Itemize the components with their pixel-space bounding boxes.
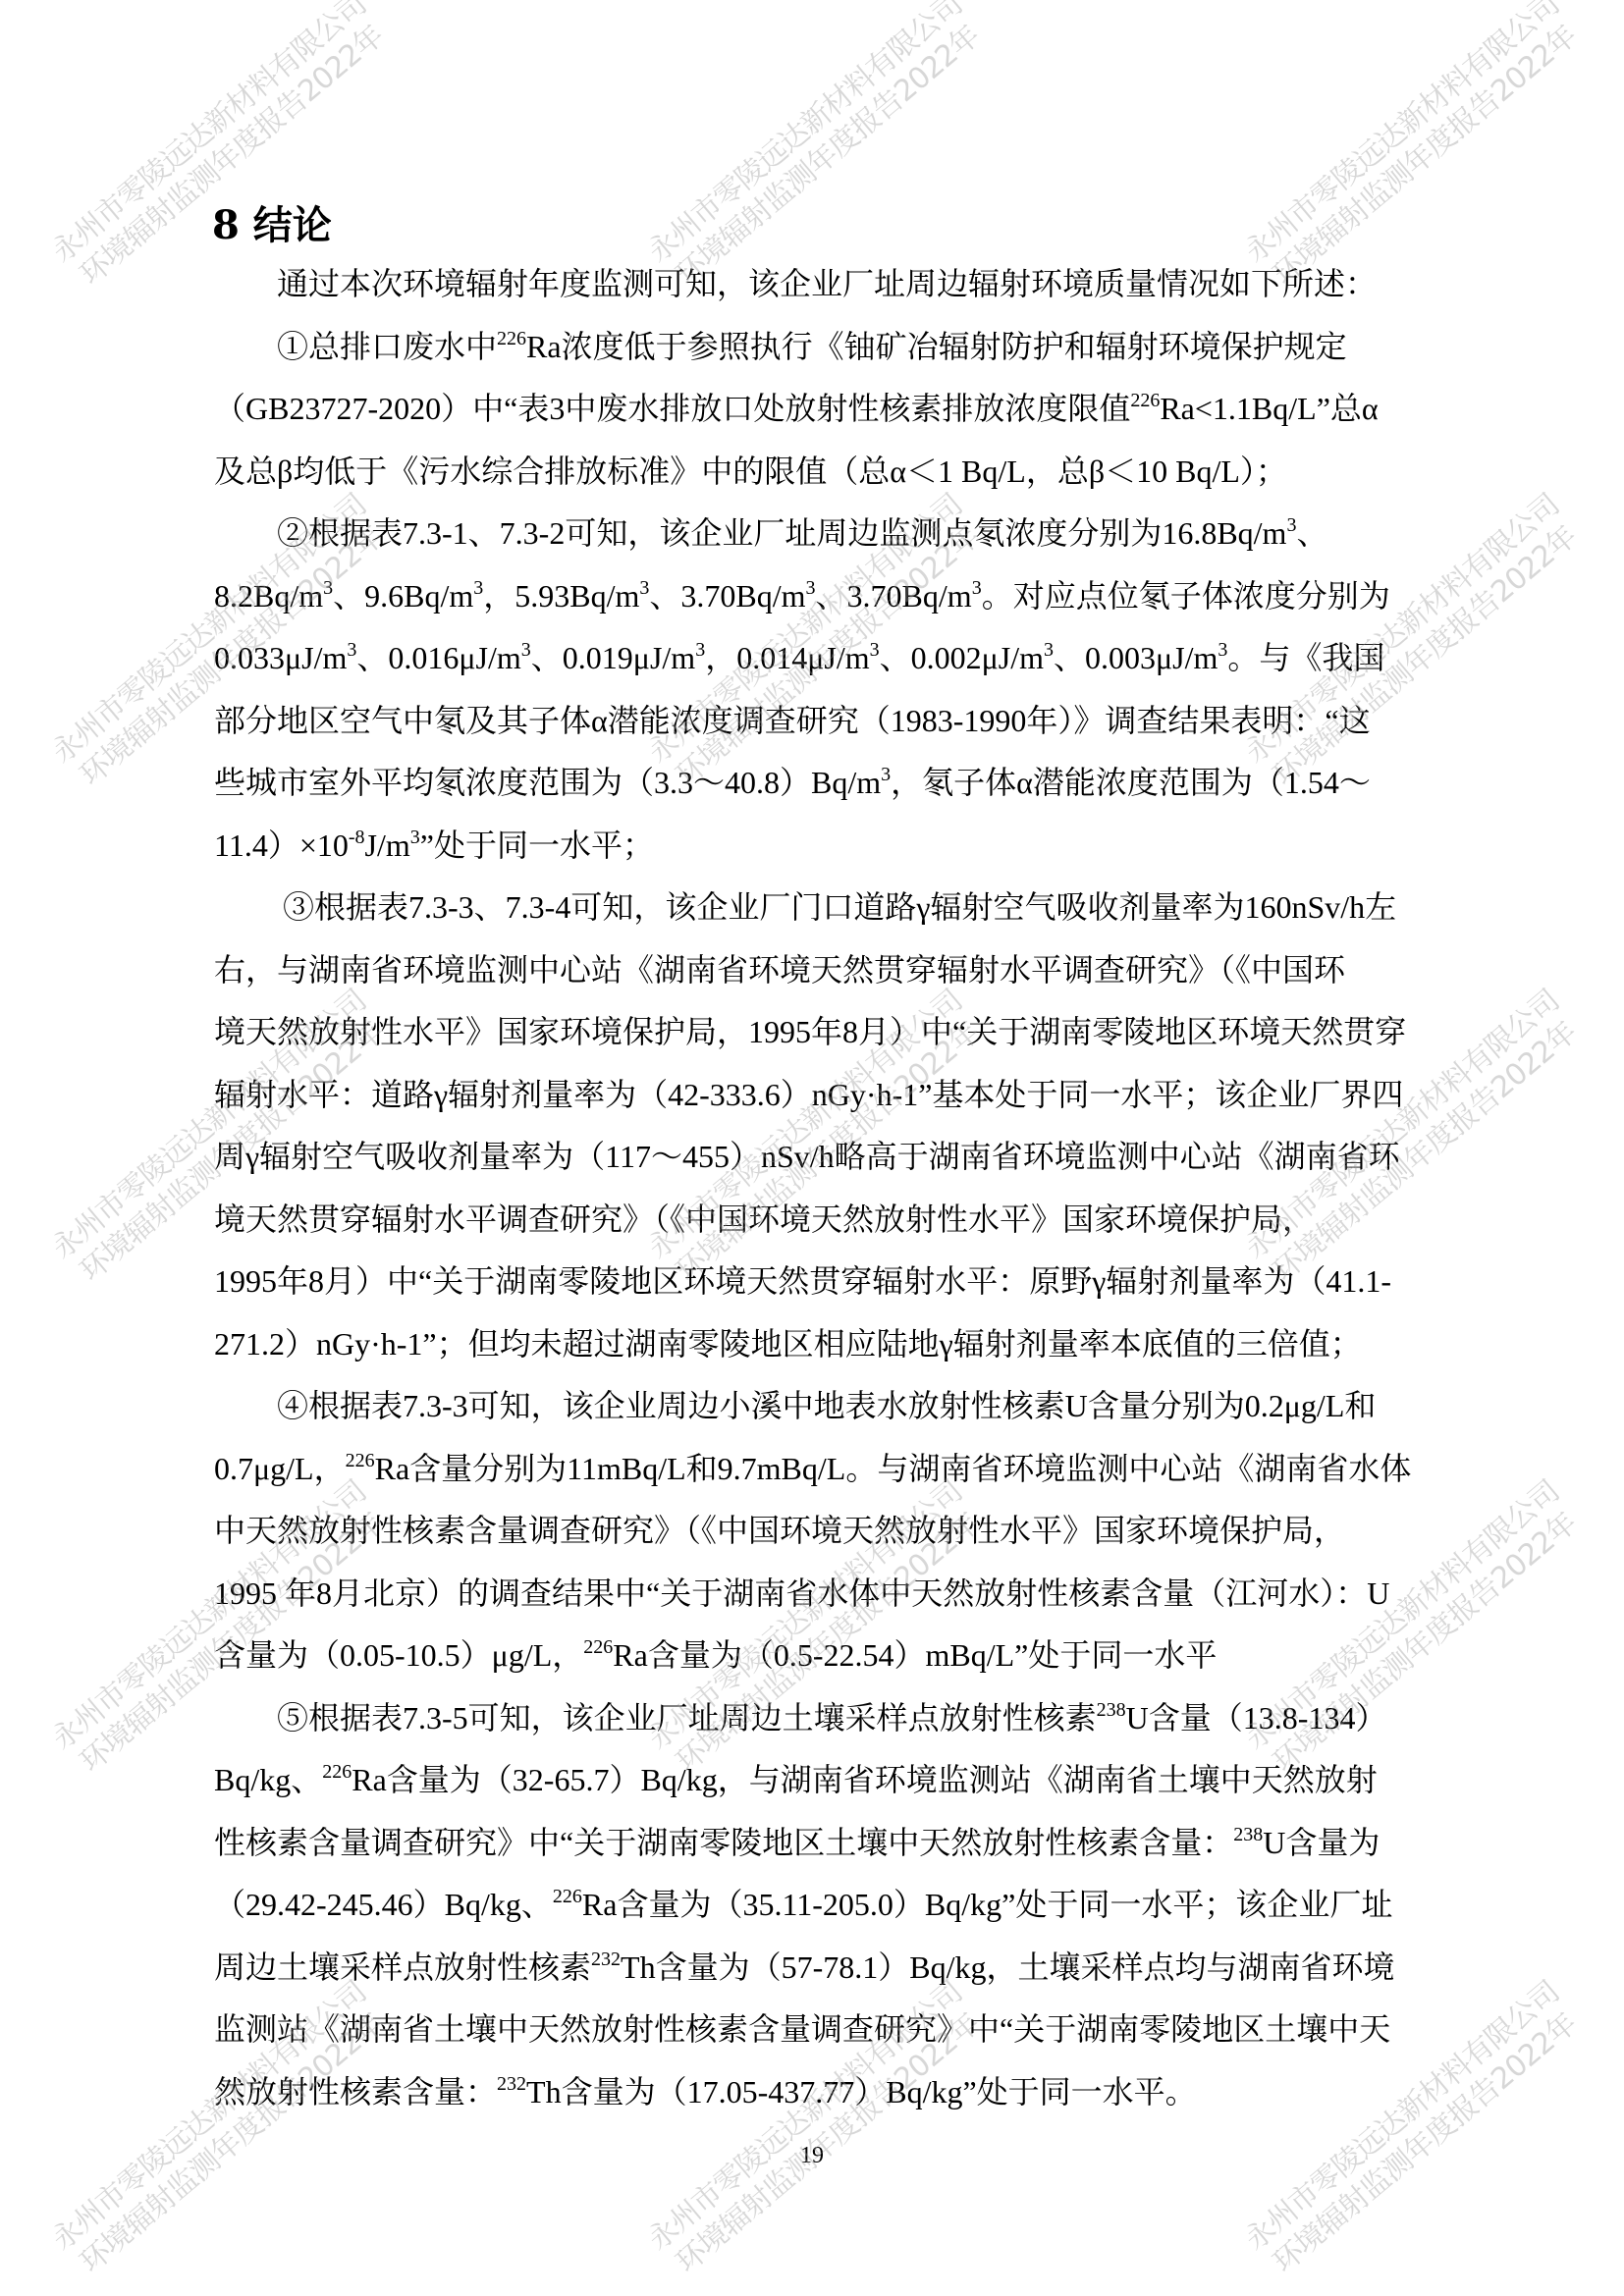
text-line: 中天然放射性核素含量调查研究》（《中国环境天然放射性水平》国家环境保护局， (214, 1500, 1461, 1563)
text-line: 性核素含量调查研究》中“关于湖南零陵地区土壤中天然放射性核素含量：238U含量为 (214, 1812, 1461, 1875)
text-line: 部分地区空气中氡及其子体α潜能浓度调查研究（1983-1990年）》调查结果表明… (214, 690, 1461, 753)
superscript: 3 (881, 764, 891, 785)
superscript: 3 (1044, 639, 1054, 661)
text-line: ③根据表7.3-3、7.3-4可知，该企业厂门口道路γ辐射空气吸收剂量率为160… (214, 877, 1461, 939)
text-segment: 0.7μg/L， (214, 1451, 346, 1486)
superscript: 226 (1130, 390, 1160, 411)
text-line: 然放射性核素含量：232Th含量为（17.05-437.77）Bq/kg”处于同… (214, 2061, 1461, 2124)
text-segment: ，氡子体α潜能浓度范围为（1.54～ (891, 765, 1371, 800)
watermark-line-1: 永州市零陵远达新材料有限公司 (32, 0, 386, 281)
text-line: ①总排口废水中226Ra浓度低于参照执行《铀矿冶辐射防护和辐射环境保护规定 (214, 316, 1461, 379)
text-segment: （GB23727-2020）中“表3中废水排放口处放射性核素排放浓度限值 (214, 391, 1130, 426)
text-segment: 些城市室外平均氡浓度范围为（3.3～40.8）Bq/m (214, 765, 881, 800)
superscript: 3 (695, 639, 705, 661)
text-segment: 周边土壤采样点放射性核素 (214, 1949, 591, 1985)
text-segment: 。与《我国 (1227, 640, 1384, 675)
superscript: 3 (521, 639, 531, 661)
text-segment: 1995 年8月北京）的调查结果中“关于湖南省水体中天然放射性核素含量（江河水）… (214, 1575, 1389, 1611)
text-line: 含量为（0.05-10.5）μg/L，226Ra含量为（0.5-22.54）mB… (214, 1625, 1461, 1687)
text-line: 境天然贯穿辐射水平调查研究》（《中国环境天然放射性水平》国家环境保护局， (214, 1189, 1461, 1252)
text-segment: 境天然贯穿辐射水平调查研究》（《中国环境天然放射性水平》国家环境保护局， (214, 1201, 1314, 1237)
text-line: 周γ辐射空气吸收剂量率为（117～455）nSv/h略高于湖南省环境监测中心站《… (214, 1126, 1461, 1189)
text-line: 监测站《湖南省土壤中天然放射性核素含量调查研究》中“关于湖南零陵地区土壤中天 (214, 1999, 1461, 2061)
text-line: 及总β均低于《污水综合排放标准》中的限值（总α＜1 Bq/L，总β＜10 Bq/… (214, 441, 1461, 504)
text-segment: ”处于同一水平； (420, 828, 654, 863)
text-segment: 0.033μJ/m (214, 640, 347, 675)
superscript: 3 (1218, 639, 1227, 661)
section-heading: 8 结论 (212, 201, 332, 250)
text-segment: Ra含量为（0.5-22.54）mBq/L”处于同一水平 (613, 1637, 1217, 1673)
text-segment: Bq/kg、 (214, 1762, 322, 1797)
text-segment: ③根据表7.3-3、7.3-4可知，该企业厂门口道路γ辐射空气吸收剂量率为160… (283, 889, 1396, 925)
text-line: 右，与湖南省环境监测中心站《湖南省环境天然贯穿辐射水平调查研究》（《中国环 (214, 939, 1461, 1002)
superscript: 3 (323, 577, 333, 599)
text-line: 些城市室外平均氡浓度范围为（3.3～40.8）Bq/m3，氡子体α潜能浓度范围为… (214, 752, 1461, 815)
text-line: ⑤根据表7.3-5可知，该企业厂址周边土壤采样点放射性核素238U含量（13.8… (214, 1687, 1461, 1750)
superscript: 3 (347, 639, 356, 661)
text-segment: 、3.70Bq/m (816, 578, 972, 614)
superscript: 226 (553, 1886, 582, 1907)
text-segment: U含量为 (1263, 1825, 1380, 1860)
text-segment: 右，与湖南省环境监测中心站《湖南省环境天然贯穿辐射水平调查研究》（《中国环 (214, 952, 1345, 988)
superscript: 238 (1233, 1824, 1263, 1845)
text-segment: Ra含量为（32-65.7）Bq/kg，与湖南省环境监测站《湖南省土壤中天然放射 (352, 1762, 1377, 1797)
text-segment: Ra含量为（35.11-205.0）Bq/kg”处于同一水平；该企业厂址 (582, 1887, 1392, 1922)
superscript: 3 (639, 577, 649, 599)
superscript: 226 (322, 1761, 352, 1783)
text-segment: 性核素含量调查研究》中“关于湖南零陵地区土壤中天然放射性核素含量： (214, 1825, 1233, 1860)
text-segment: 、3.70Bq/m (649, 578, 805, 614)
watermark-line-1: 永州市零陵远达新材料有限公司 (1225, 0, 1579, 281)
text-segment: ④根据表7.3-3可知，该企业周边小溪中地表水放射性核素U含量分别为0.2μg/… (277, 1388, 1376, 1423)
superscript: 3 (806, 577, 816, 599)
text-segment: 、0.002μJ/m (880, 640, 1044, 675)
text-segment: 、 (1296, 515, 1327, 551)
text-segment: 及总β均低于《污水综合排放标准》中的限值（总α＜1 Bq/L，总β＜10 Bq/… (214, 454, 1287, 489)
watermark-line-1: 永州市零陵远达新材料有限公司 (628, 0, 982, 281)
text-segment: Ra含量分别为11mBq/L和9.7mBq/L。与湖南省环境监测中心站《湖南省水… (375, 1451, 1412, 1486)
superscript: 232 (497, 2073, 526, 2095)
superscript: -8 (349, 827, 365, 848)
text-segment: 然放射性核素含量： (214, 2074, 497, 2109)
text-segment: 周γ辐射空气吸收剂量率为（117～455）nSv/h略高于湖南省环境监测中心站《… (214, 1139, 1400, 1174)
text-segment: ⑤根据表7.3-5可知，该企业厂址周边土壤采样点放射性核素 (277, 1700, 1097, 1735)
page-number: 19 (0, 2143, 1624, 2169)
text-line: （GB23727-2020）中“表3中废水排放口处放射性核素排放浓度限值226R… (214, 378, 1461, 441)
conclusion-body: 通过本次环境辐射年度监测可知，该企业厂址周边辐射环境质量情况如下所述：①总排口废… (214, 253, 1461, 2123)
text-line: 271.2）nGy·h-1”；但均未超过湖南零陵地区相应陆地γ辐射剂量率本底值的… (214, 1313, 1461, 1376)
text-segment: 271.2）nGy·h-1”；但均未超过湖南零陵地区相应陆地γ辐射剂量率本底值的… (214, 1326, 1362, 1362)
text-line: Bq/kg、226Ra含量为（32-65.7）Bq/kg，与湖南省环境监测站《湖… (214, 1749, 1461, 1812)
text-segment: ②根据表7.3-1、7.3-2可知，该企业厂址周边监测点氡浓度分别为16.8Bq… (277, 515, 1286, 551)
superscript: 226 (497, 328, 526, 349)
text-segment: 1995年8月）中“关于湖南零陵地区环境天然贯穿辐射水平：原野γ辐射剂量率为（4… (214, 1263, 1391, 1299)
text-segment: J/m (365, 828, 410, 863)
document-page: 永州市零陵远达新材料有限公司环境辐射监测年度报告2022年 永州市零陵远达新材料… (0, 0, 1624, 2296)
text-segment: Ra浓度低于参照执行《铀矿冶辐射防护和辐射环境保护规定 (526, 329, 1347, 364)
text-segment: ①总排口废水中 (277, 329, 497, 364)
text-segment: 监测站《湖南省土壤中天然放射性核素含量调查研究》中“关于湖南零陵地区土壤中天 (214, 2011, 1390, 2047)
text-segment: Th含量为（57-78.1）Bq/kg，土壤采样点均与湖南省环境 (621, 1949, 1394, 1985)
text-line: ②根据表7.3-1、7.3-2可知，该企业厂址周边监测点氡浓度分别为16.8Bq… (214, 503, 1461, 565)
text-segment: 、0.019μJ/m (531, 640, 695, 675)
text-segment: 8.2Bq/m (214, 578, 323, 614)
text-segment: 、0.003μJ/m (1054, 640, 1218, 675)
text-segment: 含量为（0.05-10.5）μg/L， (214, 1637, 583, 1673)
text-line: 通过本次环境辐射年度监测可知，该企业厂址周边辐射环境质量情况如下所述： (214, 253, 1461, 316)
superscript: 3 (473, 577, 483, 599)
superscript: 238 (1097, 1699, 1126, 1721)
text-line: ④根据表7.3-3可知，该企业周边小溪中地表水放射性核素U含量分别为0.2μg/… (214, 1375, 1461, 1438)
superscript: 3 (972, 577, 982, 599)
text-segment: 境天然放射性水平》国家环境保护局，1995年8月）中“关于湖南零陵地区环境天然贯… (214, 1014, 1406, 1049)
text-segment: Ra<1.1Bq/L”总α (1160, 391, 1378, 426)
text-segment: （29.42-245.46）Bq/kg、 (214, 1887, 553, 1922)
text-segment: U含量（13.8-134） (1126, 1700, 1387, 1735)
text-line: 辐射水平：道路γ辐射剂量率为（42-333.6）nGy·h-1”基本处于同一水平… (214, 1064, 1461, 1127)
text-line: 11.4）×10-8J/m3”处于同一水平； (214, 815, 1461, 878)
text-segment: Th含量为（17.05-437.77）Bq/kg”处于同一水平。 (526, 2074, 1197, 2109)
text-line: 8.2Bq/m3、9.6Bq/m3，5.93Bq/m3、3.70Bq/m3、3.… (214, 565, 1461, 628)
text-segment: 辐射水平：道路γ辐射剂量率为（42-333.6）nGy·h-1”基本处于同一水平… (214, 1077, 1403, 1112)
superscript: 3 (410, 827, 420, 848)
superscript: 3 (870, 639, 880, 661)
text-line: 0.7μg/L，226Ra含量分别为11mBq/L和9.7mBq/L。与湖南省环… (214, 1438, 1461, 1501)
text-line: 境天然放射性水平》国家环境保护局，1995年8月）中“关于湖南零陵地区环境天然贯… (214, 1001, 1461, 1064)
text-segment: 通过本次环境辐射年度监测可知，该企业厂址周边辐射环境质量情况如下所述： (277, 266, 1377, 301)
text-line: （29.42-245.46）Bq/kg、226Ra含量为（35.11-205.0… (214, 1874, 1461, 1937)
text-segment: ，5.93Bq/m (483, 578, 639, 614)
text-segment: ，0.014μJ/m (705, 640, 869, 675)
text-segment: 、0.016μJ/m (356, 640, 520, 675)
text-segment: 中天然放射性核素含量调查研究》（《中国环境天然放射性水平》国家环境保护局， (214, 1513, 1345, 1548)
text-segment: 、9.6Bq/m (333, 578, 473, 614)
text-line: 0.033μJ/m3、0.016μJ/m3、0.019μJ/m3，0.014μJ… (214, 627, 1461, 690)
text-segment: 部分地区空气中氡及其子体α潜能浓度调查研究（1983-1990年）》调查结果表明… (214, 703, 1371, 738)
superscript: 226 (346, 1450, 375, 1471)
superscript: 226 (583, 1636, 613, 1658)
text-line: 1995 年8月北京）的调查结果中“关于湖南省水体中天然放射性核素含量（江河水）… (214, 1563, 1461, 1626)
text-segment: 。对应点位氡子体浓度分别为 (982, 578, 1390, 614)
superscript: 3 (1286, 514, 1296, 536)
text-line: 周边土壤采样点放射性核素232Th含量为（57-78.1）Bq/kg，土壤采样点… (214, 1937, 1461, 2000)
superscript: 232 (591, 1949, 621, 1970)
text-segment: 11.4）×10 (214, 828, 349, 863)
text-line: 1995年8月）中“关于湖南零陵地区环境天然贯穿辐射水平：原野γ辐射剂量率为（4… (214, 1251, 1461, 1313)
